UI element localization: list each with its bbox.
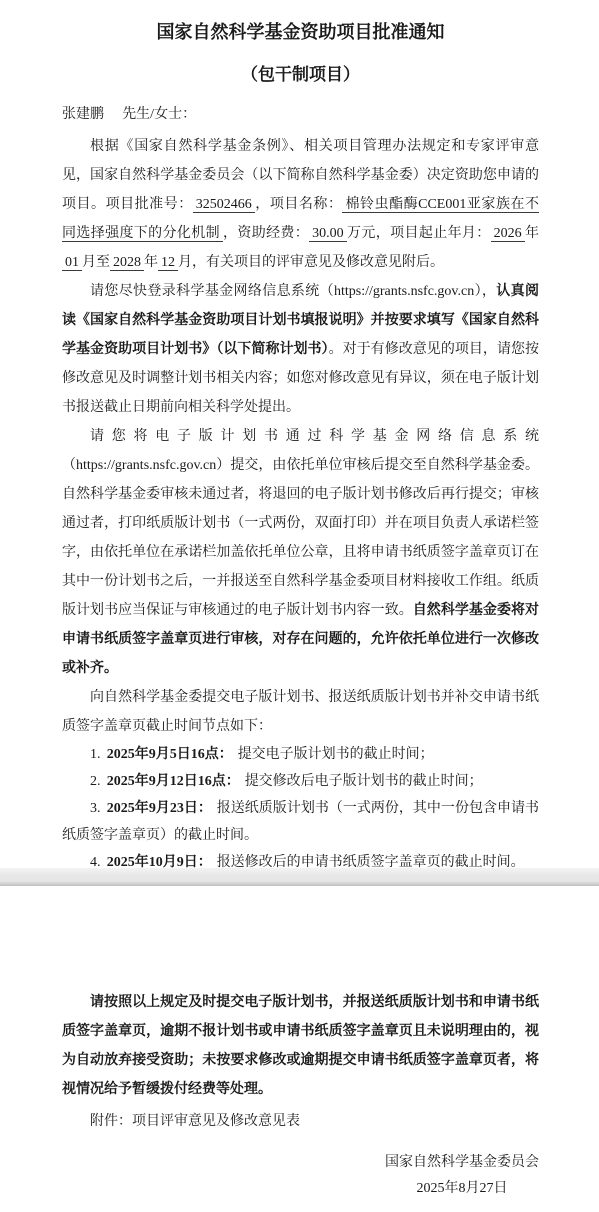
attachment-line: 附件：项目评审意见及修改意见表 [62,1107,539,1136]
deadline-date: 2025年9月12日16点： [107,774,240,789]
page-2: 请按照以上规定及时提交电子版计划书，并报送纸质版计划书和申请书纸质签字盖章页，逾… [0,886,599,1212]
deadline-number: 3. [90,801,101,816]
deadline-date: 2025年9月5日16点： [107,747,233,762]
start-year: 2026 [491,226,525,242]
end-year: 2028 [110,255,144,271]
paragraph-closing-warning: 请按照以上规定及时提交电子版计划书，并报送纸质版计划书和申请书纸质签字盖章页，逾… [62,988,539,1104]
approval-number: 32502466 [193,197,255,213]
text-run: 月，有关项目的评审意见及修改意见附后。 [178,255,444,270]
signature-block: 国家自然科学基金委员会 2025年8月27日 [62,1150,539,1202]
text-run: 年 [144,255,158,270]
text-run: 月至 [82,255,110,270]
text-run: 年 [525,226,539,241]
page-1: 国家自然科学基金资助项目批准通知 （包干制项目） 张建鹏先生/女士： 根据《国家… [0,0,599,868]
deadline-desc: 报送修改后的申请书纸质签字盖章页的截止时间。 [217,855,525,868]
end-month: 12 [158,255,178,271]
paragraph-submission-instructions: 请您将电子版计划书通过科学基金网络信息系统（https://grants.nsf… [62,422,539,683]
funding-amount: 30.00 [309,226,347,242]
deadline-item-2: 2.2025年9月12日16点：提交修改后电子版计划书的截止时间； [62,768,539,795]
text-run: 万元，项目起止年月： [347,226,491,241]
signature-date: 2025年8月27日 [385,1176,539,1202]
start-month: 01 [62,255,82,271]
deadline-item-3: 3.2025年9月23日：报送纸质版计划书（一式两份，其中一份包含申请书纸质签字… [62,795,539,849]
deadline-date: 2025年10月9日： [107,855,212,868]
deadline-number: 4. [90,855,101,868]
page-title: 国家自然科学基金资助项目批准通知 [62,20,539,44]
signature-org: 国家自然科学基金委员会 [385,1150,539,1176]
deadline-desc: 提交修改后电子版计划书的截止时间； [245,774,483,789]
signature-inner: 国家自然科学基金委员会 2025年8月27日 [385,1150,539,1202]
greeting-line: 张建鹏先生/女士： [62,104,539,126]
text-run: ，项目名称： [255,197,343,212]
deadline-desc: 提交电子版计划书的截止时间； [238,747,434,762]
paragraph-deadline-intro: 向自然科学基金委提交电子版计划书、报送纸质版计划书并补交申请书纸质签字盖章页截止… [62,683,539,741]
page-subtitle: （包干制项目） [62,64,539,86]
recipient-name: 张建鹏 [62,107,104,122]
deadline-number: 1. [90,747,101,762]
deadline-item-4: 4.2025年10月9日：报送修改后的申请书纸质签字盖章页的截止时间。 [62,849,539,868]
page-break-divider [0,868,599,886]
text-run: 请您尽快登录科学基金网络信息系统（https://grants.nsfc.gov… [90,284,496,299]
paragraph-grant-info: 根据《国家自然科学基金条例》、相关项目管理办法规定和专家评审意见，国家自然科学基… [62,132,539,277]
grant-approval-notice: 国家自然科学基金资助项目批准通知 （包干制项目） 张建鹏先生/女士： 根据《国家… [0,0,599,1212]
paragraph-login-instructions: 请您尽快登录科学基金网络信息系统（https://grants.nsfc.gov… [62,277,539,422]
deadline-number: 2. [90,774,101,789]
text-run: ，资助经费： [223,226,309,241]
deadline-item-1: 1.2025年9月5日16点：提交电子版计划书的截止时间； [62,741,539,768]
deadline-date: 2025年9月23日： [107,801,212,816]
text-run: 请您将电子版计划书通过科学基金网络信息系统（https://grants.nsf… [62,429,539,618]
salutation: 先生/女士： [122,107,196,122]
